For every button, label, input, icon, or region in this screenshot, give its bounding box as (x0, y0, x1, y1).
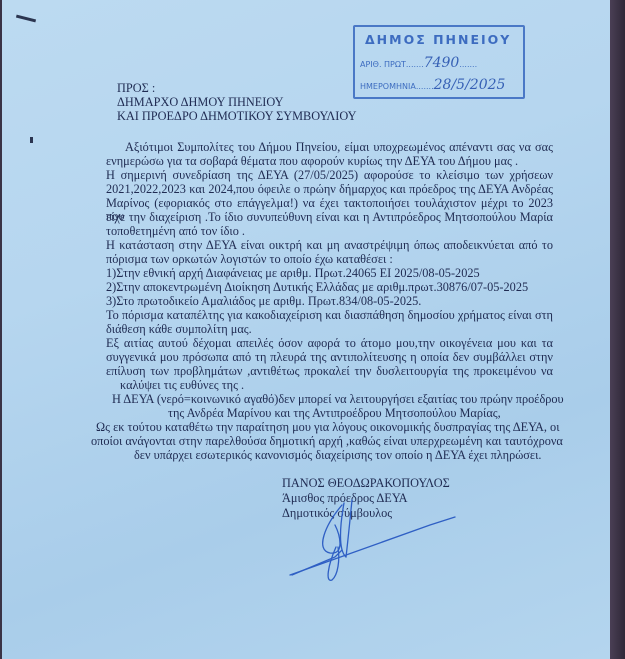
body-line: 2021,2022,2023 και 2024,που όφειλε ο πρώ… (106, 183, 553, 196)
body-line: Η ΔΕΥΑ (νερό=κοινωνικό αγαθό)δεν μπορεί … (112, 393, 564, 406)
body-line: οποίοι ανάγονται στην παρελθούσα δημοτικ… (91, 435, 563, 448)
body-line: ενημερώσω για τα σοβαρά θέματα που αφορο… (106, 155, 518, 168)
stamp-date-value: 28/5/2025 (434, 77, 506, 93)
body-line: δεν υπάρχει εσωτερικός κανονισμός διαχεί… (134, 449, 541, 462)
stamp-date-row: ΗΜΕΡΟΜΗΝΙΑ.......28/5/2025 (360, 77, 505, 93)
stamp-title: ΔΗΜΟΣ ΠΗΝΕΙΟΥ (365, 32, 511, 47)
signatory-name: ΠΑΝΟΣ ΘΕΟΔΩΡΑΚΟΠΟΥΛΟΣ (282, 476, 450, 491)
body-line: Η κατάσταση στην ΔΕΥΑ είναι οικτρή και μ… (106, 239, 553, 252)
body-line: είχε την διαχείριση .Το ίδιο συνυπεύθυνη… (106, 211, 553, 224)
addressee-line-1: ΔΗΜΑΡΧΟ ΔΗΜΟΥ ΠΗΝΕΙΟΥ (117, 96, 283, 109)
body-line: τοποθετημένη από τον ίδιο . (106, 225, 245, 238)
body-line: 2)Στην αποκεντρωμένη Διοίκηση Δυτικής Ελ… (106, 281, 528, 294)
body-line: Αξιότιμοι Συμπολίτες του Δήμου Πηνείου, … (125, 141, 553, 154)
body-line: πόρισμα των ορκωτών λογιστών το οποίο έχ… (106, 253, 393, 266)
stamp-date-label: ΗΜΕΡΟΜΗΝΙΑ....... (360, 82, 434, 91)
addressee-line-2: ΚΑΙ ΠΡΟΕΔΡΟ ΔΗΜΟΤΙΚΟΥ ΣΥΜΒΟΥΛΙΟΥ (117, 110, 357, 123)
body-line: της Ανδρέα Μαρίνου και της Αντιπροέδρου … (168, 407, 501, 420)
body-line: επίλυση των προβλημάτων ,αντιθέτως προκα… (106, 365, 553, 378)
body-line: 1)Στην εθνική αρχή Διαφάνειας με αριθμ. … (106, 267, 480, 280)
stamp-protocol-number: 7490 (424, 55, 460, 71)
stamp-protocol-label: ΑΡΙΘ. ΠΡΩΤ....... (360, 60, 424, 69)
body-line: Εξ αιτίας αυτού δέχομαι απειλές όσον αφο… (106, 337, 553, 350)
protocol-stamp: ΔΗΜΟΣ ΠΗΝΕΙΟΥ ΑΡΙΘ. ΠΡΩΤ.......7490.....… (353, 25, 525, 99)
body-line: Ως εκ τούτου καταθέτω την παραίτηση μου … (96, 421, 560, 434)
body-line: Το πόρισμα καταπέλτης για κακοδιαχείριση… (106, 309, 553, 322)
addressee-to: ΠΡΟΣ : (117, 82, 155, 95)
body-line: συγγενικά μου πρόσωπα από τη πλευρά της … (106, 351, 553, 364)
body-line: διάθεση κάθε συμπολίτη μας. (106, 323, 252, 336)
background-edge (610, 0, 625, 659)
stamp-protocol-row: ΑΡΙΘ. ΠΡΩΤ.......7490....... (360, 55, 477, 71)
body-line: 3)Στο πρωτοδικείο Αμαλιάδος με αριθμ. Πρ… (106, 295, 421, 308)
handwritten-signature (280, 495, 490, 585)
body-line: Η σημερινή συνεδρίαση της ΔΕΥΑ (27/05/20… (106, 169, 553, 182)
body-line: καλύψει τις ευθύνες της . (120, 379, 244, 392)
ink-dot (30, 137, 33, 143)
